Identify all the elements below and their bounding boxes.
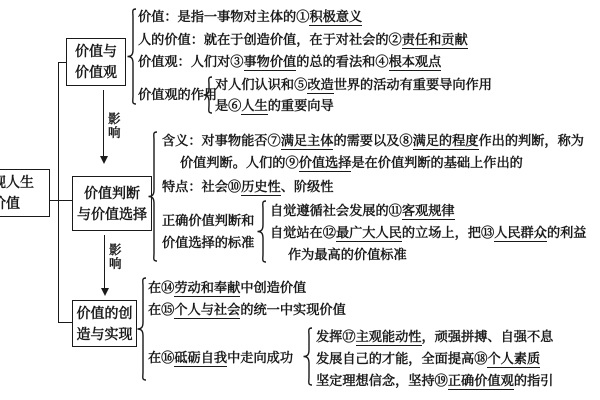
success-line-1: 发挥⑰主观能动性，顽强拼搏、自强不息 [316,329,553,345]
judgment-meaning-line-1: 含义：对事物能否⑦满足主体的需要以及⑧满足的程度作出的判断，称为 [162,133,584,149]
influence-arrow-2 [104,235,105,288]
brace-creation-group [136,277,148,386]
brace-values-group [126,8,138,110]
root-node: 现人生 价值 [0,169,50,217]
influence-char: 影 [108,112,121,126]
node-creation: 价值的创 造与实现 [72,300,137,347]
brace-success [302,327,314,391]
criterion-line-2: 自觉站在⑫最广大人民的立场上，把⑬人民群众的利益 [270,225,587,241]
influence-arrow-1-head [100,156,108,164]
creation-line-3: 在⑯砥砺自我中走向成功 [148,350,293,366]
node-creation-line1: 价值的创 [77,303,133,324]
criterion-label-line-1: 正确价值判断和 [162,213,254,229]
creation-line-2: 在⑮个人与社会的统一中实现价值 [148,302,346,318]
values-role-line-1: 对人们认识和⑤改造世界的活动有重要导向作用 [215,77,492,93]
connector-creation [58,322,73,324]
node-judgment-line1: 价值判断 [84,183,140,204]
mindmap-canvas: 现人生 价值 价值与 价值观 价值判断 与价值选择 价值的创 造与实现 影 响 … [0,0,600,400]
human-value-line: 人的价值：就在于创造价值，在于对社会的②责任和贡献 [138,32,468,48]
brace-criterion [256,200,268,268]
influence-arrow-2-head [101,288,109,296]
values-concept-line: 价值观：人们对③事物价值的总的看法和④根本观点 [138,54,441,70]
judgment-feature-line: 特点：社会⑩历史性、阶级性 [162,179,333,195]
value-definition-line: 价值：是指一事物对主体的①积极意义 [138,9,362,25]
creation-line-1: 在⑭劳动和奉献中创造价值 [148,280,306,296]
criterion-line-3: 作为最高的价值标准 [288,247,407,263]
criterion-label-line-2: 价值选择的标准 [162,235,254,251]
root-label-line1: 现人生 [0,172,34,193]
node-values-line2: 价值观 [75,62,117,83]
influence-label-2: 影 响 [109,243,122,271]
influence-char: 响 [108,126,121,140]
brace-judgment-group [147,131,159,267]
criterion-line-1: 自觉遵循社会发展的⑪客观规律 [270,203,455,219]
node-creation-line2: 造与实现 [77,324,133,345]
success-line-2: 发展自己的才能，全面提高⑱个人素质 [316,351,540,367]
root-label-line2: 价值 [0,193,20,214]
influence-char: 影 [109,243,122,257]
influence-label-1: 影 响 [108,112,121,140]
success-line-3: 坚定理想信念，坚持⑲正确价值观的指引 [316,373,553,389]
influence-arrow-1 [103,90,104,156]
trunk-line [58,62,60,323]
judgment-meaning-line-2: 价值判断。人们的⑨价值选择是在价值判断的基础上作出的 [180,155,523,171]
node-judgment: 价值判断 与价值选择 [72,176,152,231]
node-values: 价值与 价值观 [66,38,126,86]
values-role-label: 价值观的作用 [138,87,217,103]
values-role-line-2: 是⑥人生的重要向导 [215,98,334,114]
node-judgment-line2: 与价值选择 [77,204,147,225]
node-values-line1: 价值与 [75,41,117,62]
influence-char: 响 [109,257,122,271]
